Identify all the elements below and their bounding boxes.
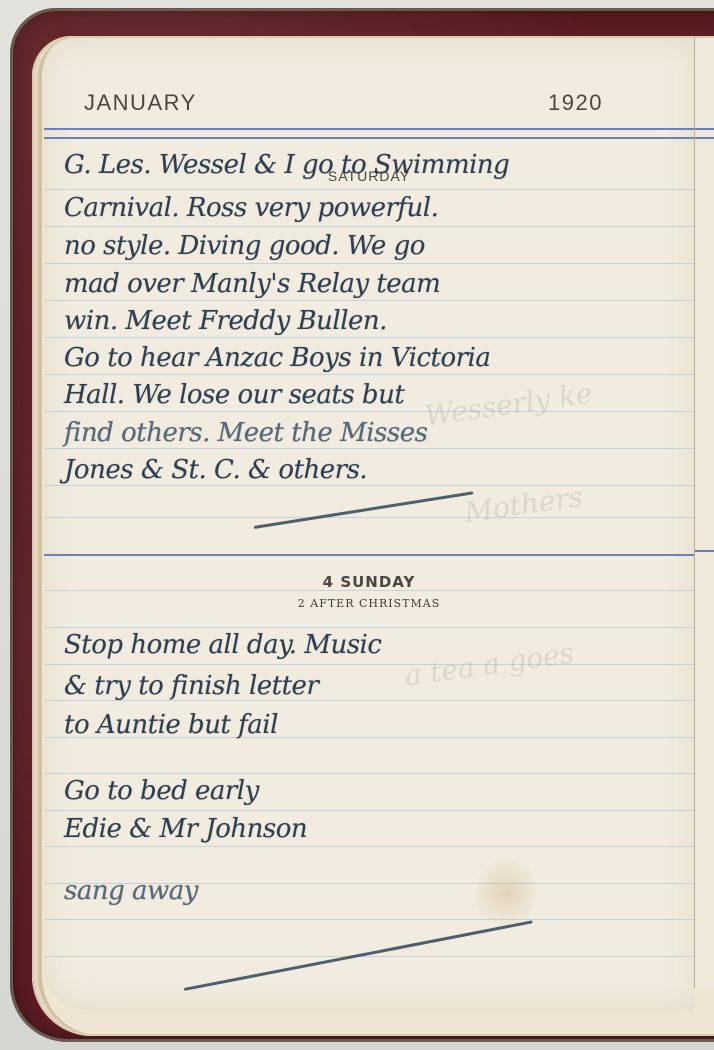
ruled-line — [44, 337, 694, 338]
handwritten-line: Stop home all day. Music — [64, 630, 381, 660]
handwritten-line: to Auntie but fail — [64, 710, 278, 740]
ruled-line — [44, 263, 694, 264]
handwritten-line: Edie & Mr Johnson — [64, 814, 307, 844]
handwritten-line: Carnival. Ross very powerful. — [64, 193, 438, 223]
ruled-line — [44, 189, 694, 190]
bleed-through-writing: Wesserly ke — [423, 376, 595, 432]
handwritten-line: Go to hear Anzac Boys in Victoria — [64, 343, 490, 373]
handwritten-line: G. Les. Wessel & I go to Swimming — [64, 150, 509, 180]
ruled-line — [44, 846, 694, 847]
handwritten-line: mad over Manly's Relay team — [64, 269, 440, 299]
next-page-edge — [693, 38, 714, 988]
handwritten-line: win. Meet Freddy Bullen. — [64, 306, 387, 336]
header-rule-bottom — [44, 137, 694, 139]
handwritten-line: find others. Meet the Misses — [64, 418, 427, 448]
bleed-through-writing: Mothers — [462, 480, 585, 529]
ruled-line — [44, 300, 694, 301]
header-rule-top — [44, 128, 694, 130]
handwritten-line: Go to bed early — [64, 776, 259, 806]
ruled-line — [44, 411, 694, 412]
liturgical-subtitle: 2 AFTER CHRISTMAS — [44, 597, 694, 610]
ruled-line — [44, 627, 694, 628]
handwritten-line: sang away — [64, 876, 198, 906]
day-divider-rule — [44, 554, 694, 556]
ruled-line — [44, 664, 694, 665]
diary-page: Wesserly ke Mothers a tea a goes JANUARY… — [44, 38, 694, 1010]
day-label-sunday: 4 SUNDAY — [44, 573, 694, 591]
year-heading: 1920 — [548, 90, 603, 116]
handwritten-line: & try to finish letter — [64, 671, 318, 701]
ruled-line — [44, 374, 694, 375]
ruled-line — [44, 226, 694, 227]
ruled-line — [44, 956, 694, 957]
handwritten-line: Jones & St. C. & others. — [64, 455, 367, 485]
end-of-entry-stroke — [254, 491, 474, 529]
month-heading: JANUARY — [84, 90, 197, 116]
ruled-line — [44, 448, 694, 449]
ruled-line — [44, 485, 694, 486]
handwritten-line: Hall. We lose our seats but — [64, 380, 404, 410]
bleed-through-writing: a tea a goes — [403, 636, 576, 692]
ruled-line — [44, 919, 694, 920]
ruled-line — [44, 517, 694, 518]
ruled-line — [44, 810, 694, 811]
ruled-line — [44, 773, 694, 774]
handwritten-line: no style. Diving good. We go — [64, 231, 425, 261]
